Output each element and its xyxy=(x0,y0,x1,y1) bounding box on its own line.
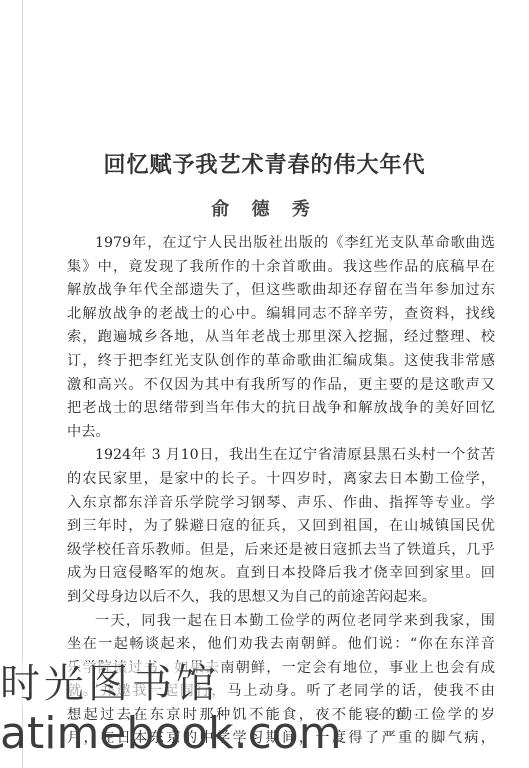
page-number: ·1· xyxy=(378,708,431,723)
watermark-url: atimebook.com xyxy=(0,708,342,760)
text-line: 到三年时，为了躲避日寇的征兵，又回到祖国，在山城镇国民优 xyxy=(67,515,495,539)
text-line: 坐在一起畅谈起来，他们劝我去南朝鲜。他们说：“你在东洋音 xyxy=(67,633,495,657)
text-line: 集》中，竟发现了我所作的十余首歌曲。我这些作品的底稿早在 xyxy=(67,256,495,280)
page-edge-line xyxy=(22,0,23,768)
text-line: 一天，同我一起在日本勤工俭学的两位老同学来到我家，围 xyxy=(67,610,495,634)
text-line: 激和高兴。不仅因为其中有我所写的作品，更主要的是这歌声又 xyxy=(67,374,495,398)
text-line: 订，终于把李红光支队创作的革命歌曲汇编成集。这使我非常感 xyxy=(67,350,495,374)
text-line: 把老战士的思绪带到当年伟大的抗日战争和解放战争的美好回忆 xyxy=(67,397,495,421)
text-line: 到父母身边以后不久，我的思想又为自己的前途苦闷起来。 xyxy=(67,586,495,610)
text-line: 解放战争年代全部遗失了，但这些歌曲却还存留在当年参加过东 xyxy=(67,279,495,303)
text-line: 入东京都东洋音乐学院学习钢琴、声乐、作曲、指挥等专业。学 xyxy=(67,492,495,516)
text-line: 1924年 3 月10日，我出生在辽宁省清原县黑石头村一个贫苦 xyxy=(67,444,495,468)
text-line: 中去。 xyxy=(67,421,495,445)
text-line: 索，跑遍城乡各地，从当年老战士那里深入挖掘，经过整理、校 xyxy=(67,326,495,350)
watermark-site-name: 时光图书馆 xyxy=(0,662,220,706)
text-line: 的农民家里，是家中的长子。十四岁时，离家去日本勤工俭学， xyxy=(67,468,495,492)
text-line: 1979年，在辽宁人民出版社出版的《李红光支队革命歌曲选 xyxy=(67,232,495,256)
text-line: 北解放战争的老战士的心中。编辑同志不辞辛劳，查资料，找线 xyxy=(67,303,495,327)
text-line: 级学校任音乐教师。但是，后来还是被日寇抓去当了铁道兵，几乎 xyxy=(67,539,495,563)
text-line: 成为日寇侵略军的炮灰。直到日本投降后我才侥幸回到家里。回 xyxy=(67,562,495,586)
document-title: 回忆赋予我艺术青春的伟大年代 xyxy=(0,148,529,179)
document-author: 俞 德 秀 xyxy=(0,195,529,221)
